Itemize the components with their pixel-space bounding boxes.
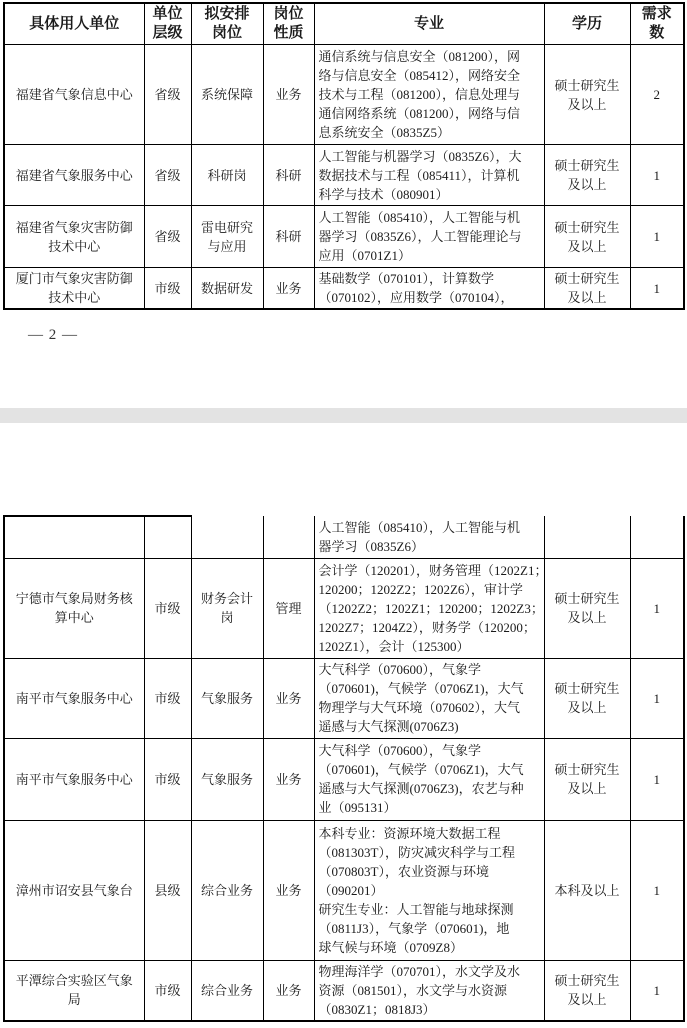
majors-cell: 本科专业：资源环境大数据工程 （081303T），防灾减灾科学与工程 （0708… xyxy=(314,820,544,960)
post-cell: 综合业务 xyxy=(191,820,263,960)
level-cell: 市级 xyxy=(144,268,191,310)
post-cell: 系统保障 xyxy=(191,45,263,145)
majors-cell: 大气科学（070600），气象学 （070601)，气候学（0706Z1)，大气… xyxy=(314,658,544,738)
nature-cell: 业务 xyxy=(263,820,314,960)
table-row: 厦门市气象灾害防御 技术中心 市级 数据研发 业务 基础数学（070101），计… xyxy=(4,268,684,310)
header-level: 单位 层级 xyxy=(144,3,191,45)
degree-cell: 硕士研究生 及以上 xyxy=(544,658,630,738)
unit-cell: 福建省气象信息中心 xyxy=(4,45,144,145)
positions-table-page2: 人工智能（085410），人工智能与机 器学习（0835Z6） 宁德市气象局财务… xyxy=(3,515,685,1022)
table-row: 平潭综合实验区气象 局 市级 综合业务 业务 物理海洋学（070701），水文学… xyxy=(4,960,684,1021)
post-cell: 财务会计 岗 xyxy=(191,558,263,658)
header-post: 拟安排 岗位 xyxy=(191,3,263,45)
degree-cell: 硕士研究生 及以上 xyxy=(544,960,630,1021)
post-cell: 雷电研究 与应用 xyxy=(191,206,263,268)
table-row: 漳州市诏安县气象台 县级 综合业务 业务 本科专业：资源环境大数据工程 （081… xyxy=(4,820,684,960)
unit-cell: 平潭综合实验区气象 局 xyxy=(4,960,144,1021)
count-cell: 1 xyxy=(630,960,684,1021)
table-row: 宁德市气象局财务核 算中心 市级 财务会计 岗 管理 会计学（120201），财… xyxy=(4,558,684,658)
nature-cell: 业务 xyxy=(263,268,314,310)
post-cell xyxy=(191,516,263,558)
nature-cell: 科研 xyxy=(263,206,314,268)
majors-cell: 通信系统与信息安全（081200），网 络与信息安全（085412），网络安全 … xyxy=(314,45,544,145)
table-row-continuation: 人工智能（085410），人工智能与机 器学习（0835Z6） xyxy=(4,516,684,558)
header-nature: 岗位 性质 xyxy=(263,3,314,45)
nature-cell: 业务 xyxy=(263,658,314,738)
count-cell: 1 xyxy=(630,820,684,960)
count-cell: 2 xyxy=(630,45,684,145)
page-break-band xyxy=(0,408,687,423)
post-cell: 综合业务 xyxy=(191,960,263,1021)
level-cell: 省级 xyxy=(144,45,191,145)
header-count: 需求 数 xyxy=(630,3,684,45)
count-cell: 1 xyxy=(630,558,684,658)
count-cell: 1 xyxy=(630,268,684,310)
nature-cell: 业务 xyxy=(263,45,314,145)
count-cell: 1 xyxy=(630,738,684,820)
unit-cell: 宁德市气象局财务核 算中心 xyxy=(4,558,144,658)
page-number: — 2 — xyxy=(28,327,78,344)
unit-cell: 南平市气象服务中心 xyxy=(4,738,144,820)
document-page: 具体用人单位 单位 层级 拟安排 岗位 岗位 性质 专业 学历 需求 数 福建省… xyxy=(0,0,687,1028)
nature-cell xyxy=(263,516,314,558)
majors-cell: 基础数学（070101），计算数学 （070102），应用数学（070104）， xyxy=(314,268,544,310)
header-unit: 具体用人单位 xyxy=(4,3,144,45)
level-cell: 省级 xyxy=(144,206,191,268)
degree-cell: 硕士研究生 及以上 xyxy=(544,145,630,206)
unit-cell: 漳州市诏安县气象台 xyxy=(4,820,144,960)
level-cell: 市级 xyxy=(144,960,191,1021)
level-cell: 市级 xyxy=(144,558,191,658)
table-row: 福建省气象信息中心 省级 系统保障 业务 通信系统与信息安全（081200），网… xyxy=(4,45,684,145)
nature-cell: 管理 xyxy=(263,558,314,658)
level-cell: 市级 xyxy=(144,658,191,738)
table-row: 福建省气象服务中心 省级 科研岗 科研 人工智能与机器学习（0835Z6），大 … xyxy=(4,145,684,206)
level-cell: 县级 xyxy=(144,820,191,960)
header-majors: 专业 xyxy=(314,3,544,45)
unit-cell: 福建省气象服务中心 xyxy=(4,145,144,206)
level-cell: 省级 xyxy=(144,145,191,206)
count-cell: 1 xyxy=(630,658,684,738)
post-cell: 科研岗 xyxy=(191,145,263,206)
majors-cell: 人工智能（085410），人工智能与机 器学习（0835Z6） xyxy=(314,516,544,558)
table-row: 南平市气象服务中心 市级 气象服务 业务 大气科学（070600），气象学 （0… xyxy=(4,738,684,820)
majors-cell: 人工智能（085410），人工智能与机 器学习（0835Z6），人工智能理论与 … xyxy=(314,206,544,268)
count-cell: 1 xyxy=(630,145,684,206)
unit-cell xyxy=(4,516,144,558)
degree-cell: 硕士研究生 及以上 xyxy=(544,738,630,820)
count-cell xyxy=(630,516,684,558)
unit-cell: 福建省气象灾害防御 技术中心 xyxy=(4,206,144,268)
unit-cell: 厦门市气象灾害防御 技术中心 xyxy=(4,268,144,310)
degree-cell: 硕士研究生 及以上 xyxy=(544,206,630,268)
unit-cell: 南平市气象服务中心 xyxy=(4,658,144,738)
degree-cell: 硕士研究生 及以上 xyxy=(544,45,630,145)
table-row: 南平市气象服务中心 市级 气象服务 业务 大气科学（070600），气象学 （0… xyxy=(4,658,684,738)
post-cell: 气象服务 xyxy=(191,738,263,820)
degree-cell: 本科及以上 xyxy=(544,820,630,960)
degree-cell: 硕士研究生 及以上 xyxy=(544,558,630,658)
count-cell: 1 xyxy=(630,206,684,268)
positions-table-page1: 具体用人单位 单位 层级 拟安排 岗位 岗位 性质 专业 学历 需求 数 福建省… xyxy=(3,2,685,310)
majors-cell: 大气科学（070600），气象学 （070601)，气候学（0706Z1)，大气… xyxy=(314,738,544,820)
degree-cell xyxy=(544,516,630,558)
post-cell: 数据研发 xyxy=(191,268,263,310)
table-header-row: 具体用人单位 单位 层级 拟安排 岗位 岗位 性质 专业 学历 需求 数 xyxy=(4,3,684,45)
majors-cell: 物理海洋学（070701），水文学及水 资源（081501），水文学与水资源 （… xyxy=(314,960,544,1021)
post-cell: 气象服务 xyxy=(191,658,263,738)
majors-cell: 会计学（120201），财务管理（1202Z1； 120200；1202Z2；1… xyxy=(314,558,544,658)
table-row: 福建省气象灾害防御 技术中心 省级 雷电研究 与应用 科研 人工智能（08541… xyxy=(4,206,684,268)
nature-cell: 科研 xyxy=(263,145,314,206)
degree-cell: 硕士研究生 及以上 xyxy=(544,268,630,310)
majors-cell: 人工智能与机器学习（0835Z6），大 数据技术与工程（085411），计算机 … xyxy=(314,145,544,206)
level-cell xyxy=(144,516,191,558)
level-cell: 市级 xyxy=(144,738,191,820)
header-degree: 学历 xyxy=(544,3,630,45)
nature-cell: 业务 xyxy=(263,960,314,1021)
nature-cell: 业务 xyxy=(263,738,314,820)
